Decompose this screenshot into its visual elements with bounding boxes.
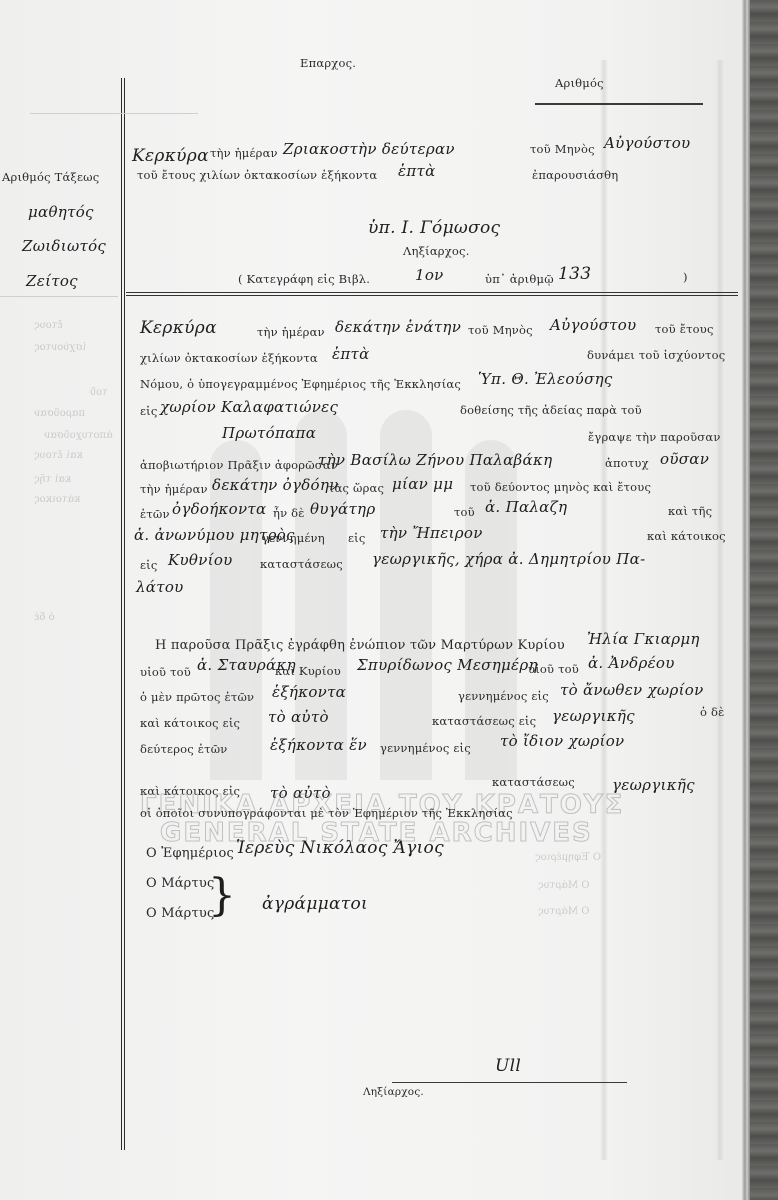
act-day: δεκάτην ἑνάτην (335, 318, 461, 336)
bleed-text: Ο Ἐφημέριος (535, 852, 601, 863)
act-month-label: τοῦ Μηνὸς (468, 323, 533, 337)
bleed-text: Ο Μάρτυς (538, 880, 589, 891)
witness1-son-label: υἱοῦ τοῦ (140, 665, 191, 679)
registrar-label: Ληξίαρχος. (403, 244, 470, 258)
act-father: ἀ. Παλαζη (485, 498, 567, 516)
bleed-text: κάτοικος (34, 494, 80, 505)
witness1-status-label: καταστάσεως εἰς (432, 714, 536, 728)
act-law-text: δυνάμει τοῦ ἰσχύοντος (587, 348, 725, 362)
entry-number: 133 (558, 264, 591, 284)
witness-brace: } (208, 870, 236, 921)
act-village: χωρίον Καλαφατιώνες (160, 398, 338, 416)
margin-divider (121, 78, 125, 1150)
act-month-year-text: τοῦ δεύοντος μηνὸς καὶ ἔτους (470, 480, 651, 494)
bleed-text: τοῦ (90, 387, 108, 398)
act-day-label: τὴν ἡμέραν (257, 325, 325, 339)
signature-priest-label: Ο Ἐφημέριος (146, 846, 234, 861)
act-resident-label: καὶ κάτοικος (647, 529, 726, 543)
act-status-continued: λάτου (136, 578, 184, 596)
act-status-label: καταστάσεως (260, 557, 343, 571)
bleed-column (716, 60, 724, 1160)
act-status: γεωργικῆς, χήρα ἀ. Δημητρίου Πα- (372, 550, 645, 568)
witness2-and-label: καὶ Κυρίου (275, 664, 341, 678)
act-deceased-status: οῦσαν (660, 450, 709, 468)
witness1-birthplace: τὸ ἄνωθεν χωρίον (560, 681, 704, 699)
faint-rule (0, 296, 118, 297)
section-divider (126, 292, 738, 296)
act-permission-text: δοθείσης τῆς ἀδείας παρὰ τοῦ (460, 403, 642, 417)
act-in-label: εἰς (140, 404, 158, 418)
witness1-resident-label: καὶ κάτοικος εἰς (140, 716, 240, 730)
declaration-year-label: τοῦ ἔτους χιλίων ὀκτακοσίων ἑξήκοντα (137, 168, 377, 182)
witness2-birthplace: τὸ ἴδιον χωρίον (500, 732, 624, 750)
act-deceased-name: τὴν Βασίλω Ζήνου Παλαβάκη (318, 451, 552, 469)
signature-witness2-label: Ο Μάρτυς (146, 906, 215, 921)
final-registrar-signature: Ull (495, 1056, 521, 1076)
witness2-status-label: καταστάσεως (492, 775, 575, 789)
entry-number-label: ὑπ᾽ ἀριθμῷ (485, 272, 554, 286)
act-in-label: εἰς (348, 531, 366, 545)
act-cosign-text: οἱ ὁποῖοι συνυπογράφονται μὲ τὸν Ἐφημέρι… (140, 806, 513, 820)
act-official: Πρωτόπαπα (222, 424, 316, 442)
declaration-month: Αὐγούστου (604, 134, 690, 152)
witness2-age: ἑξήκοντα ἕν (270, 736, 367, 754)
signature-witness1-label: Ο Μάρτυς (146, 876, 215, 891)
act-death-day: δεκάτην ὀγδόην (212, 476, 339, 494)
witness1-residence: τὸ αὐτὸ (268, 708, 329, 726)
bleed-text: ἀποτυχοῦσαν (44, 430, 113, 441)
act-year-label: τοῦ ἔτους (655, 322, 714, 336)
bleed-text: ἰσχύοντος (34, 342, 86, 353)
order-number-label: Αριθμός Τάξεως (2, 170, 99, 184)
act-born-label: γεννημένη (262, 531, 325, 545)
act-year-text: χιλίων ὀκτακοσίων ἑξήκοντα (140, 351, 318, 365)
act-daughter-label: ἦν δὲ (273, 506, 305, 520)
bleed-text: καὶ τῆς (34, 474, 71, 485)
number-underline (535, 103, 703, 105)
declaration-place: Κερκύρα (132, 146, 209, 166)
act-and-label: καὶ τῆς (668, 504, 712, 518)
declaration-day-label: τὴν ἡμέραν (210, 146, 278, 160)
signature-witnesses-illiterate: ἀγράμματοι (262, 894, 368, 914)
book-binding (750, 0, 778, 1200)
act-death-day-label: τὴν ἡμέραν (140, 482, 208, 496)
witness1-born-label: γεννημένος εἰς (458, 689, 549, 703)
act-wrote-text: ἔγραψε τὴν παροῦσαν (588, 430, 721, 444)
act-in-label: εἰς (140, 558, 158, 572)
faint-rule (30, 113, 198, 114)
signature-priest: Ἱερεὺς Νικόλαος Ἄγιος (236, 838, 444, 858)
act-age: ὀγδοήκοντα (172, 500, 266, 518)
bleed-text: καὶ ἔτους (34, 450, 83, 461)
witness2-son-label: υἱοῦ τοῦ (528, 662, 579, 676)
act-place: Κερκύρα (140, 318, 217, 338)
act-daughter: θυγάτηρ (310, 500, 375, 518)
final-registrar-label: Ληξίαρχος. (363, 1086, 424, 1098)
witness2-born-label: γεννημένος εἰς (380, 741, 471, 755)
act-church: Ὑπ. Θ. Ἐλεούσης (478, 370, 613, 388)
witness2-status: γεωργικῆς (612, 776, 695, 794)
witness1-age-label: ὁ μὲν πρῶτος ἐτῶν (140, 690, 254, 704)
act-hour: μίαν μμ (392, 475, 453, 493)
book-entry-label: ( Κατεγράφη εἰς Βιβλ. (238, 272, 370, 286)
declaration-day: Ζριακοστὴν δεύτεραν (283, 140, 455, 158)
witness2-de-label: ὁ δὲ (700, 705, 724, 719)
prefecture-label: Επαρχος. (300, 56, 356, 70)
declaration-year: ἑπτὰ (398, 162, 436, 180)
witness1-name: Ἠλία Γκιαρμη (587, 630, 700, 648)
witness2-age-label: δεύτερος ἐτῶν (140, 742, 227, 756)
declaration-presented-label: ἐπαρουσιάσθη (532, 168, 618, 182)
bleed-text: ὁ δὲ (34, 612, 55, 623)
registrar-signature: ὑπ. Ι. Γόμωσος (368, 218, 500, 238)
act-age-label: ἐτῶν (140, 507, 170, 521)
witness1-status: γεωργικῆς (552, 707, 635, 725)
bleed-text: ἔτους (34, 320, 63, 331)
witness2-name: Σπυρίδωνος Μεσημέρη (357, 656, 538, 674)
order-number-handwritten: Ζωιδιωτός (22, 237, 106, 255)
act-month: Αὐγούστου (550, 316, 636, 334)
act-deceased-label: ἀποτυχ (605, 456, 649, 470)
order-number-handwritten: μαθητός (28, 203, 94, 221)
bleed-text: Ο Μάρτυς (538, 906, 589, 917)
order-number-handwritten: Ζείτος (26, 272, 78, 290)
registrar-signature-line (392, 1082, 627, 1083)
act-hour-label: τὰς ὥρας (328, 481, 384, 495)
number-label: Αριθμός (555, 76, 604, 90)
book-number: 1ον (415, 266, 444, 284)
witness2-father: ἀ. Ἀνδρέου (588, 654, 675, 672)
declaration-month-label: τοῦ Μηνὸς (530, 142, 595, 156)
bleed-column (600, 60, 608, 1160)
act-residence: Κυθνίου (168, 551, 233, 569)
act-birthplace: τὴν Ἤπειρον (380, 524, 483, 542)
close-paren: ) (683, 270, 688, 284)
act-of-label: τοῦ (454, 505, 475, 519)
witness1-age: ἑξήκοντα (272, 683, 346, 701)
act-death-act-text: ἀποβιωτήριον Πρᾶξιν ἀφορῶσαν (140, 458, 338, 472)
bleed-text: παροῦσαν (34, 408, 85, 419)
act-priest-text: Νόμου, ὁ ὑπογεγραμμένος Ἐφημέριος τῆς Ἐκ… (140, 377, 461, 391)
act-witnesses-intro: Η παροῦσα Πρᾶξις ἐγράφθη ἐνώπιον τῶν Μαρ… (155, 638, 565, 653)
act-year: ἑπτὰ (332, 345, 370, 363)
